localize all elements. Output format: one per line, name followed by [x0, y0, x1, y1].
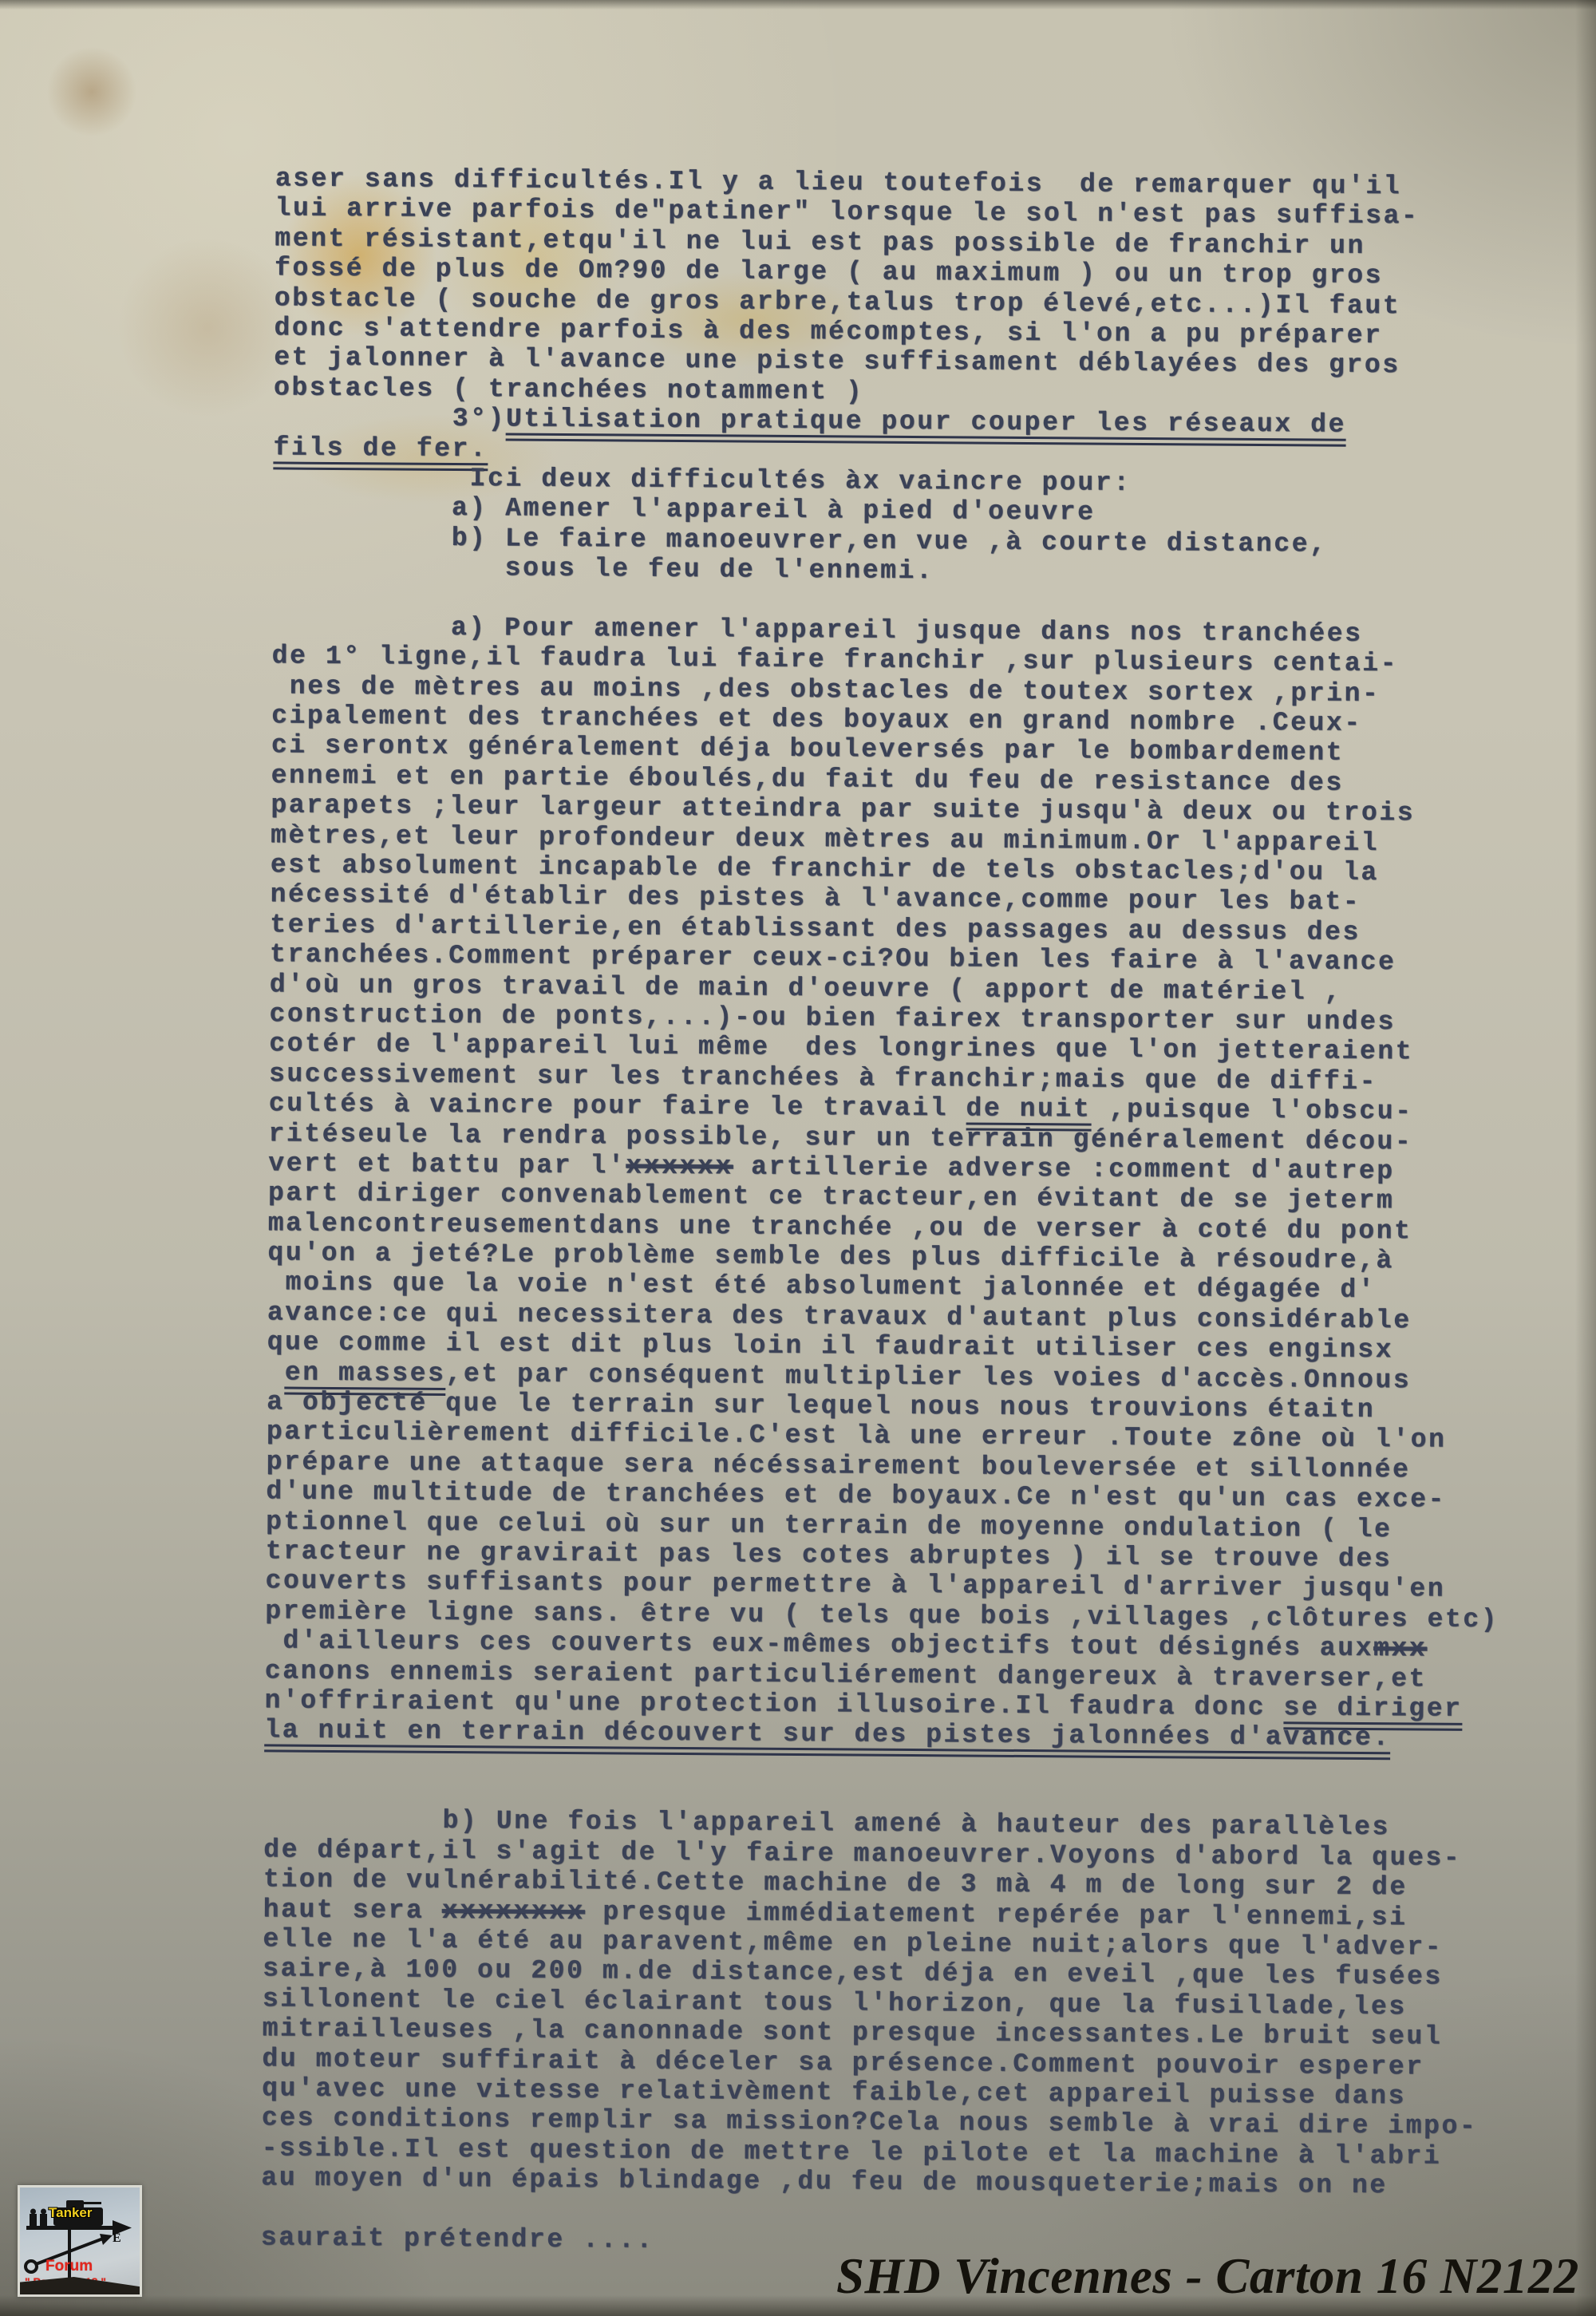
- forum-pages-14-18-stamp: Tanker E Forum " Pages 14-18 ": [18, 2185, 142, 2297]
- scanned-document-page: aser sans difficultés.Il y a lieu toutef…: [0, 0, 1596, 2316]
- scan-edge-shadow-right: [1575, 0, 1596, 2316]
- struck-out-text: mxx: [1373, 1634, 1427, 1663]
- text-segment: cultés à vaincre pour faire le travail: [269, 1089, 966, 1124]
- stamp-east-letter: E: [113, 2231, 121, 2246]
- text-segment: ,puisque l'obscu-: [1091, 1095, 1413, 1127]
- stamp-forum-text: Forum: [45, 2258, 93, 2275]
- west-letter-o: [26, 2261, 37, 2272]
- stamp-tanker-label: Tanker: [49, 2205, 93, 2221]
- text-segment: 3°): [274, 403, 507, 434]
- scan-edge-shadow-top: [0, 0, 1596, 10]
- scan-edge-shadow-bottom: [0, 2295, 1596, 2316]
- typewritten-text-block: aser sans difficultés.Il y a lieu toutef…: [0, 162, 1596, 2262]
- text-segment: obstacles ( tranchées notamment ): [274, 373, 864, 406]
- struck-out-text: xxxxxxxx: [442, 1896, 585, 1927]
- text-segment: haut sera: [263, 1895, 442, 1926]
- paper-stain: [32, 32, 152, 152]
- underlined-text: Utilisation pratique pour couper les rés…: [506, 405, 1346, 447]
- text-segment: [267, 1358, 285, 1387]
- text-segment: vert et battu par l': [268, 1148, 626, 1180]
- text-segment: saurait prétendre ....: [261, 2223, 654, 2255]
- text-segment: sous le feu de l'ennemi.: [272, 551, 934, 586]
- text-segment: artillerie adverse :comment d'autrep: [733, 1152, 1395, 1186]
- struck-out-text: xxxxxx: [626, 1151, 733, 1181]
